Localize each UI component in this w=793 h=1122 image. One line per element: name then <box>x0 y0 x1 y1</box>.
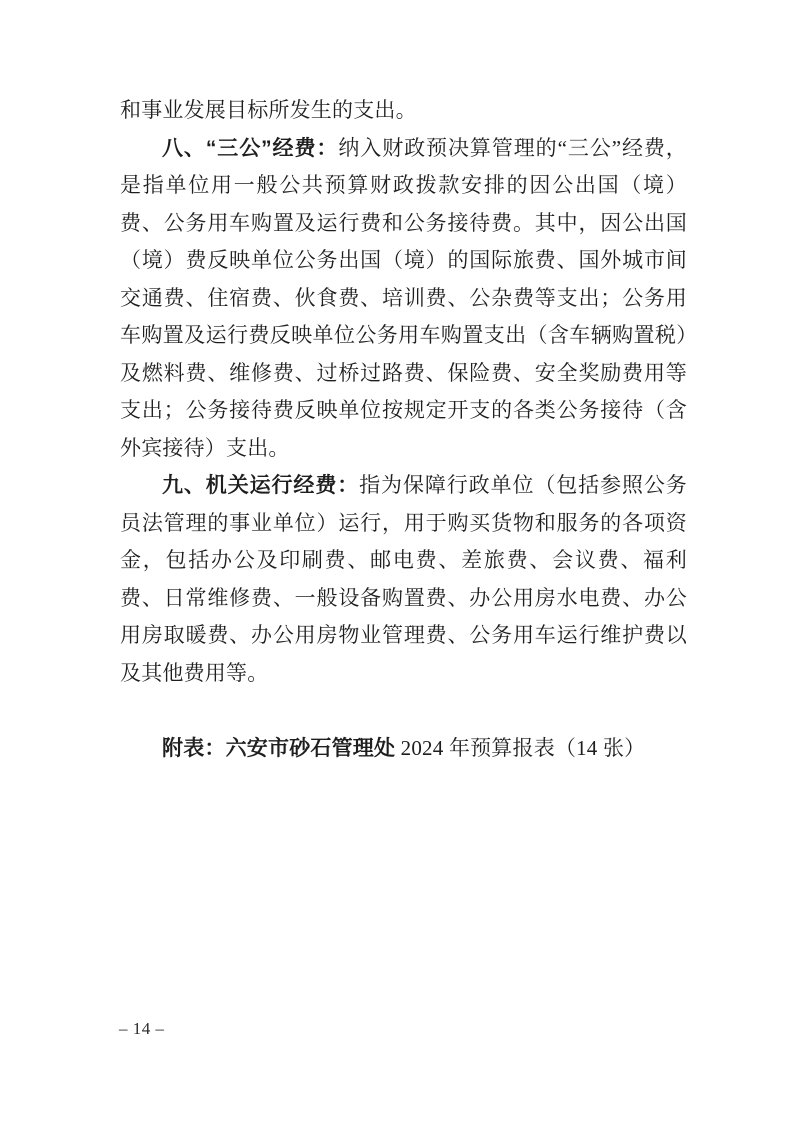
attachment-note: 附表：六安市砂石管理处 2024 年预算报表（14 张） <box>120 730 687 768</box>
paragraph-three-public-funds-text: 纳入财政预决算管理的“三公”经费，是指单位用一般公共预算财政拨款安排的因公出国（… <box>120 136 687 460</box>
paragraph-three-public-funds: 八、“三公”经费：纳入财政预决算管理的“三公”经费，是指单位用一般公共预算财政拨… <box>120 130 687 468</box>
attachment-note-heading: 附表：六安市砂石管理处 <box>162 737 395 760</box>
attachment-note-text: 2024 年预算报表（14 张） <box>395 736 645 760</box>
paragraph-three-public-funds-heading: 八、“三公”经费： <box>162 137 338 160</box>
document-page: 和事业发展目标所发生的支出。 八、“三公”经费：纳入财政预决算管理的“三公”经费… <box>0 0 793 1122</box>
footer-page-number: – 14 – <box>119 1016 165 1042</box>
paragraph-continuation-text: 和事业发展目标所发生的支出。 <box>120 98 417 122</box>
paragraph-agency-operating-funds: 九、机关运行经费：指为保障行政单位（包括参照公务员法管理的事业单位）运行，用于购… <box>120 467 687 692</box>
document-body: 和事业发展目标所发生的支出。 八、“三公”经费：纳入财政预决算管理的“三公”经费… <box>120 92 687 767</box>
paragraph-continuation: 和事业发展目标所发生的支出。 <box>120 92 687 130</box>
paragraph-agency-operating-funds-text: 指为保障行政单位（包括参照公务员法管理的事业单位）运行，用于购买货物和服务的各项… <box>120 473 687 685</box>
paragraph-agency-operating-funds-heading: 九、机关运行经费： <box>162 474 359 497</box>
